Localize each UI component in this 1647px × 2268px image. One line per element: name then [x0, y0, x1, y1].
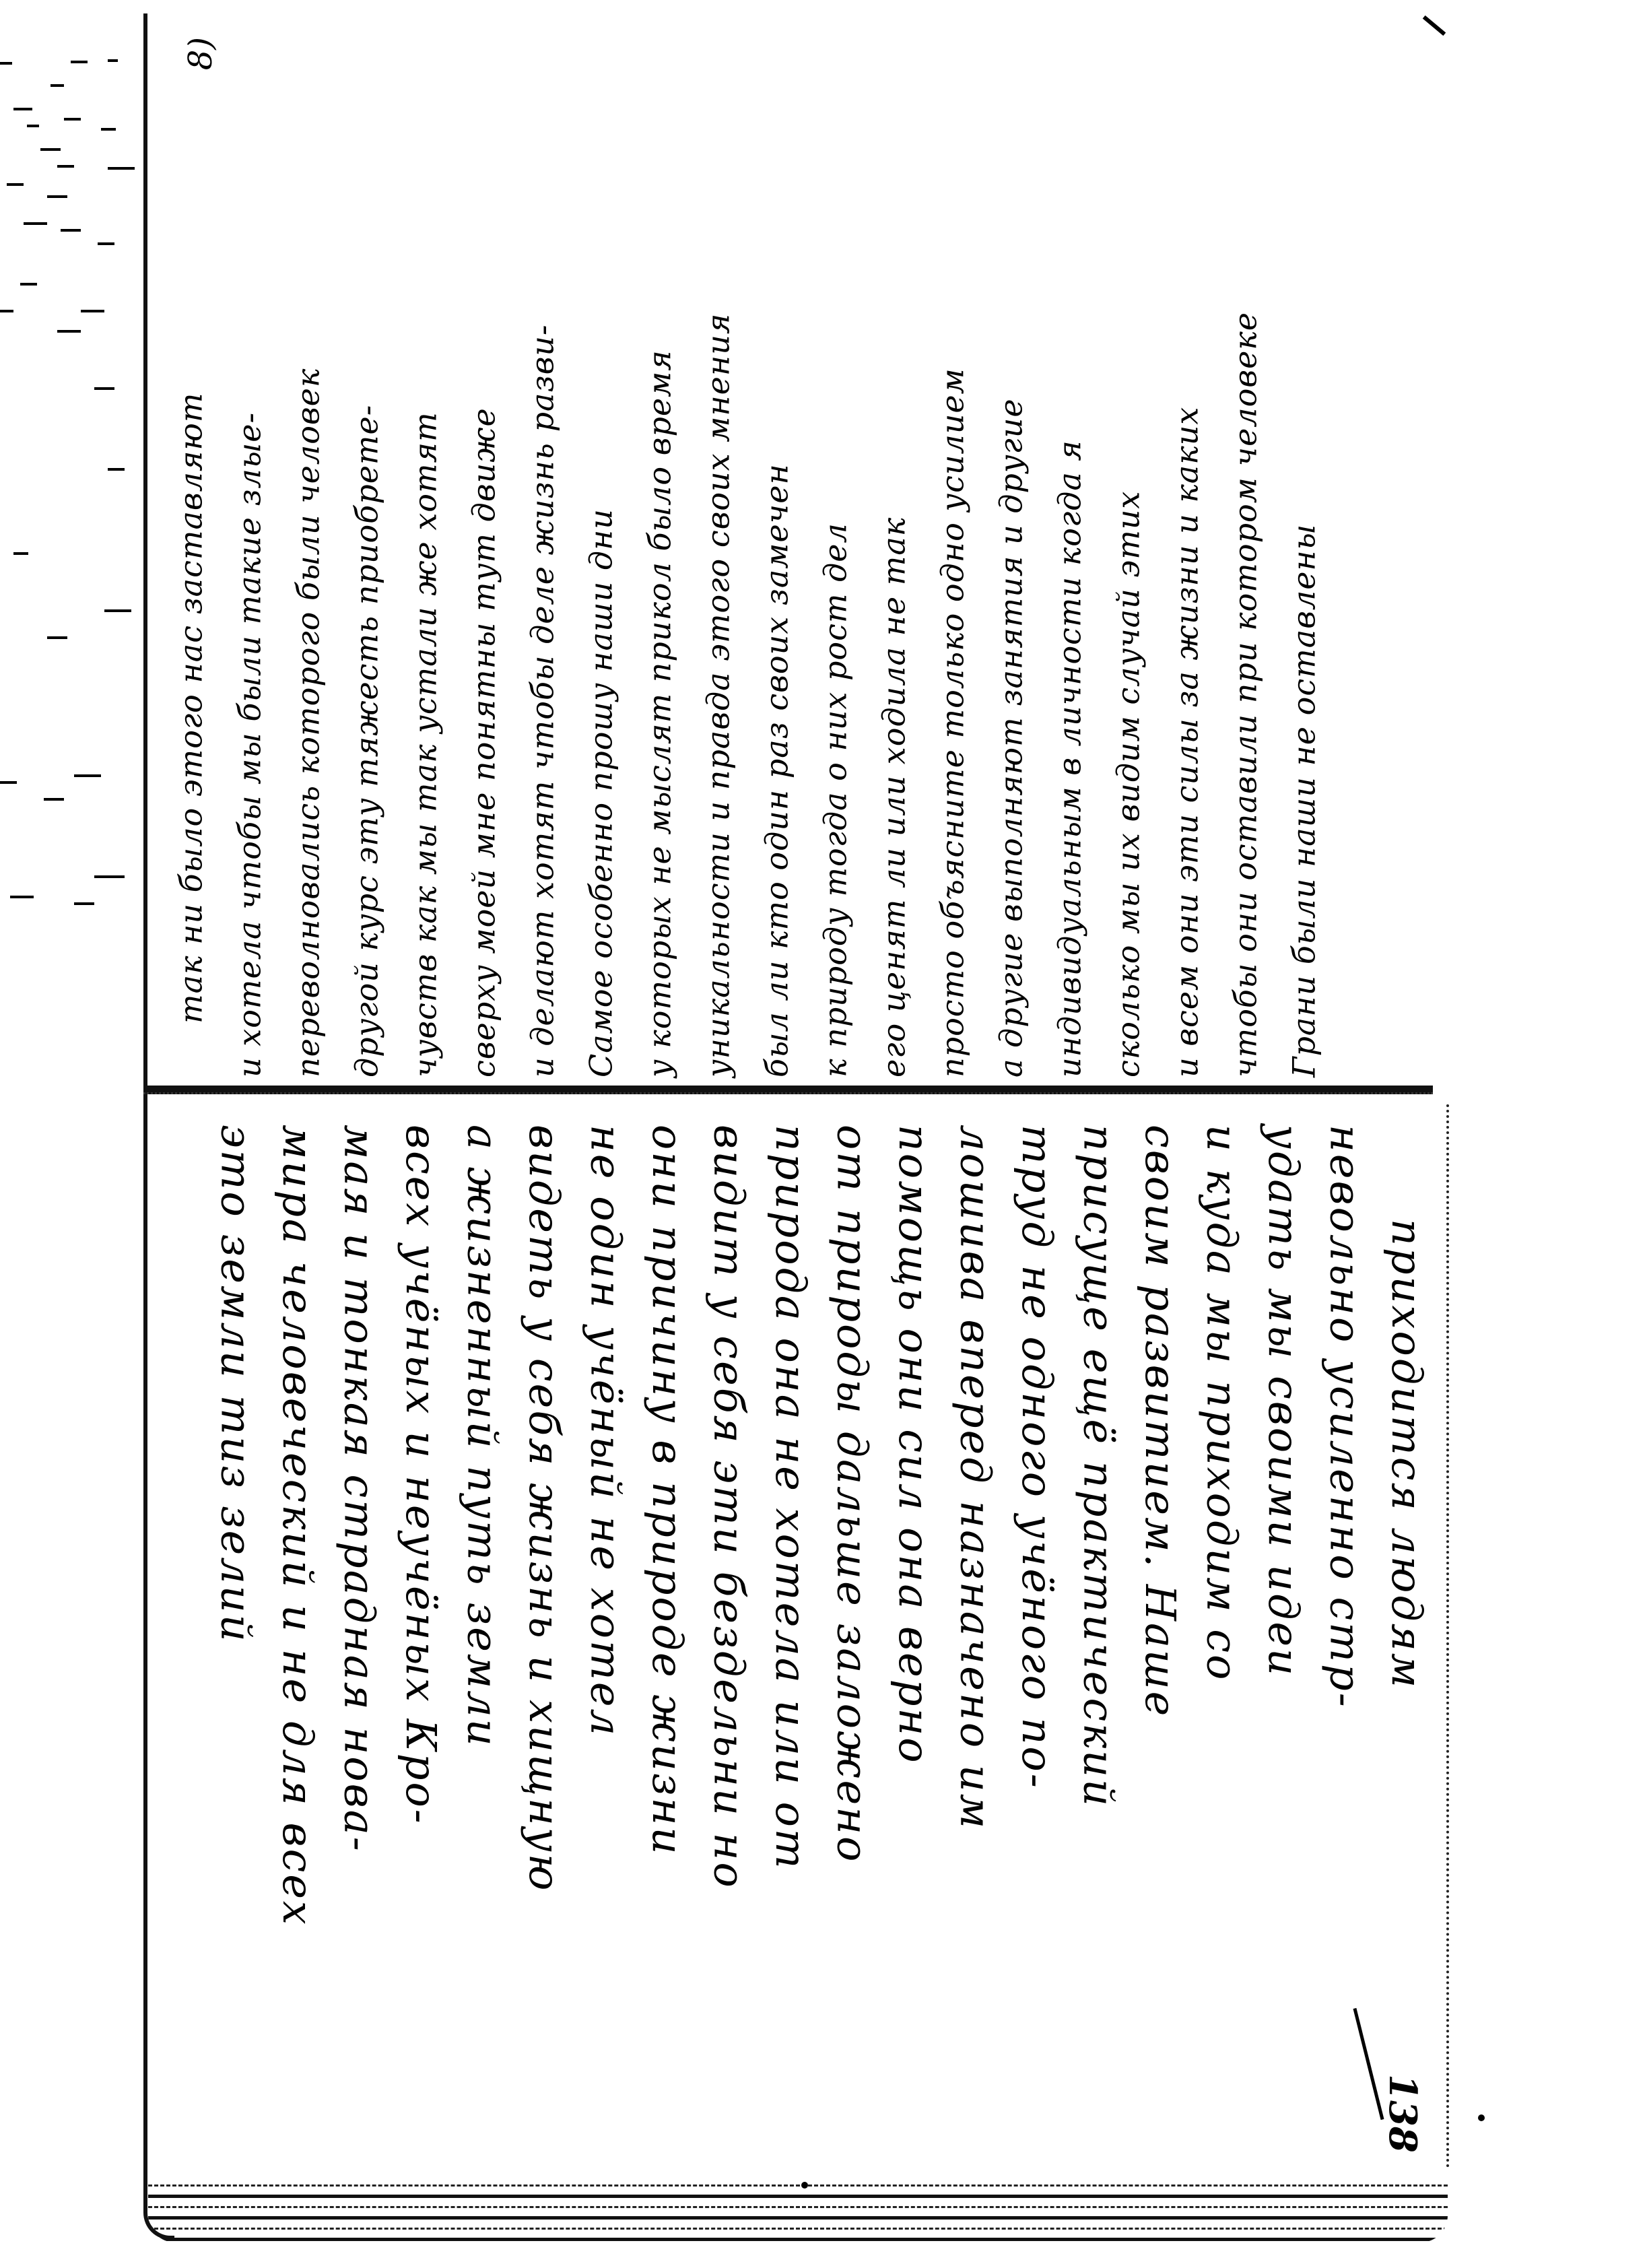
handwritten-line: природа она не хотела или от	[750, 1125, 812, 2162]
handwritten-line: был ли кто один раз своих замечен	[747, 27, 806, 1077]
handwritten-line: чтобы они оставили при котором человеке	[1216, 27, 1275, 1077]
handwritten-line: а жизненный путь земли	[442, 1125, 504, 2162]
handwritten-line: не один учёный не хотел	[565, 1125, 627, 2162]
upper-page: так ни было этого нас заставляют и хотел…	[162, 27, 1427, 1077]
handwritten-line: а другие выполняют занятия и другие	[982, 27, 1040, 1077]
handwritten-line: своим развитием. Наше	[1120, 1125, 1182, 2162]
handwritten-line: присуще ещё практический	[1058, 1125, 1120, 2162]
handwritten-line: от природы дальше заложено	[811, 1125, 873, 2162]
handwritten-line: у которых не мыслят прикол было время	[630, 27, 689, 1077]
handwritten-line: всех учёных и неучёных Кро-	[380, 1125, 442, 2162]
page-right-edge	[1446, 1104, 1449, 2168]
handwritten-line: и хотела чтобы мы были такие злые-	[220, 27, 279, 1077]
handwritten-line: лошива вперед назначено им	[935, 1125, 997, 2162]
handwritten-line: и делают хотят чтобы деле жизнь разви-	[513, 27, 572, 1077]
handwritten-line: видеть у себя жизнь и хищную	[504, 1125, 566, 2162]
handwritten-line: труд не одного учёного по-	[997, 1125, 1058, 2162]
handwritten-line: сколько мы их видим случай этих	[1099, 27, 1157, 1077]
handwritten-line: Грани были наши не оставлены	[1275, 27, 1333, 1077]
handwritten-line: мира человеческий и не для всех	[257, 1125, 319, 2162]
handwritten-line: другой курс эту тяжесть приобрете-	[337, 27, 396, 1077]
handwritten-line: удать мы своими идеи	[1243, 1125, 1305, 2162]
handwritten-line: к природу тогда о них рост дел	[806, 27, 865, 1077]
handwritten-line: его ценят ли или ходила не так	[865, 27, 923, 1077]
page-number-stroke	[1353, 2008, 1384, 2120]
handwritten-line: это земли тиз зелий	[195, 1125, 257, 2162]
scan-speck	[801, 2182, 808, 2189]
handwritten-line: Самое особенно прошу наши дни	[572, 27, 630, 1077]
page-number: 138	[1320, 1993, 1441, 2168]
handwritten-line: видит у себя эти бездельни но	[688, 1125, 750, 2162]
page-number-text: 138	[1380, 2074, 1425, 2153]
handwritten-line: индивидуальным в личности когда я	[1040, 27, 1099, 1077]
handwritten-line: чувств как мы так устали же хотят	[396, 27, 455, 1077]
handwritten-line: и куда мы приходим со	[1181, 1125, 1243, 2162]
handwritten-line: уникальности и правда этого своих мнения	[689, 27, 747, 1077]
handwritten-line: так ни было этого нас заставляют	[162, 27, 220, 1077]
handwritten-line: они причину в природе жизни	[627, 1125, 689, 2162]
handwritten-line: и всем они эти силы за жизни и каких	[1157, 27, 1216, 1077]
page-edges-stack	[148, 2182, 1448, 2242]
book-spine-divider	[143, 1086, 1433, 1094]
lower-page: приходится людям невольно усиленно стр- …	[195, 1125, 1427, 2162]
scan-speck	[1478, 2114, 1485, 2121]
scan-noise	[0, 0, 155, 1104]
handwritten-line: помощь они сил она верно	[873, 1125, 935, 2162]
handwritten-line: переволновались которого были человек	[279, 27, 337, 1077]
handwritten-line: сверху моей мне понятны тут движе	[455, 27, 513, 1077]
handwritten-line: просто объясните только одно усилием	[923, 27, 982, 1077]
handwritten-line: мая и тонкая страдная нова-	[318, 1125, 380, 2162]
